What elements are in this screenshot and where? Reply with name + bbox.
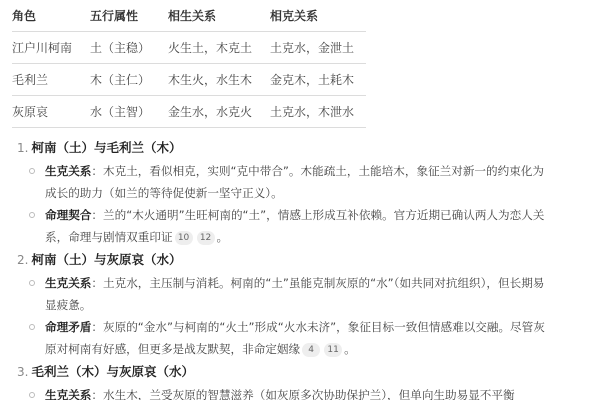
cell-overcoming: 土克水，金泄土 [270,32,366,64]
section-ran-haibara: 3. 毛利兰（木）与灰原哀（水） 生克关系：水生木，兰受灰原的智慧滋养（如灰原多… [0,360,600,400]
section-conan-ran: 1. 柯南（土）与毛利兰（木） 生克关系：木克土，看似相克，实则“克中带合”。木… [0,136,600,248]
five-elements-table: 角色 五行属性 相生关系 相克关系 江户川柯南 土（主稳） 火生土，木克土 土克… [12,0,366,128]
cell-role: 灰原哀 [12,96,90,128]
cell-generating: 木生火，水生木 [168,64,270,96]
column-header-element: 五行属性 [90,0,168,32]
table-header-row: 角色 五行属性 相生关系 相克关系 [12,0,366,32]
bullet-label: 命理契合 [45,208,91,222]
table-row: 毛利兰 木（主仁） 木生火，水生木 金克木，土耗木 [12,64,366,96]
cell-element: 土（主稳） [90,32,168,64]
citation-badge[interactable]: 10 [175,231,193,245]
section-title: 毛利兰（木）与灰原哀（水） [31,360,194,384]
citation-badge[interactable]: 4 [302,343,320,357]
relationship-sections: 1. 柯南（土）与毛利兰（木） 生克关系：木克土，看似相克，实则“克中带合”。木… [0,136,600,400]
list-item: 生克关系：水生木，兰受灰原的智慧滋养（如灰原多次协助保护兰），但单向生助易显不平… [0,384,555,400]
section-conan-haibara: 2. 柯南（土）与灰原哀（水） 生克关系：土克水，主压制与消耗。柯南的“土”虽能… [0,248,600,360]
column-header-role: 角色 [12,0,90,32]
section-number: 3. [17,360,28,384]
section-heading: 3. 毛利兰（木）与灰原哀（水） [0,360,600,384]
bullet-text: 木克土，看似相克，实则“克中带合”。木能疏土，土能培木，象征兰对新一的约束化为成… [45,164,544,200]
table-row: 江户川柯南 土（主稳） 火生土，木克土 土克水，金泄土 [12,32,366,64]
bullet-text: 灰原的“金水”与柯南的“火土”形成“火水未济”，象征目标一致但情感难以交融。尽管… [45,320,545,356]
section-number: 2. [17,248,28,272]
bullet-text: 兰的“木火通明”生旺柯南的“土”，情感上形成互补依赖。官方近期已确认两人为恋人关… [45,208,544,244]
cell-element: 木（主仁） [90,64,168,96]
citation-badge[interactable]: 11 [324,343,342,357]
bullet-text: 水生木，兰受灰原的智慧滋养（如灰原多次协助保护兰），但单向生助易显不平衡 [103,388,515,400]
section-title: 柯南（土）与灰原哀（水） [31,248,181,272]
bullet-label: 生克关系 [45,276,91,290]
list-item: 命理契合：兰的“木火通明”生旺柯南的“土”，情感上形成互补依赖。官方近期已确认两… [0,204,555,248]
bullet-label: 生克关系 [45,388,91,400]
table-row: 灰原哀 水（主智） 金生水，水克火 土克水，木泄水 [12,96,366,128]
cell-overcoming: 土克水，木泄水 [270,96,366,128]
section-number: 1. [17,136,28,160]
section-heading: 2. 柯南（土）与灰原哀（水） [0,248,600,272]
hollow-circle-bullet-icon [29,212,35,218]
list-item: 命理矛盾：灰原的“金水”与柯南的“火土”形成“火水未济”，象征目标一致但情感难以… [0,316,555,360]
list-item: 生克关系：木克土，看似相克，实则“克中带合”。木能疏土，土能培木，象征兰对新一的… [0,160,555,204]
cell-generating: 金生水，水克火 [168,96,270,128]
cell-overcoming: 金克木，土耗木 [270,64,366,96]
bullet-label: 生克关系 [45,164,91,178]
cell-generating: 火生土，木克土 [168,32,270,64]
section-heading: 1. 柯南（土）与毛利兰（木） [0,136,600,160]
list-item: 生克关系：土克水，主压制与消耗。柯南的“土”虽能克制灰原的“水”（如共同对抗组织… [0,272,555,316]
hollow-circle-bullet-icon [29,392,35,398]
bullet-label: 命理矛盾 [45,320,91,334]
cell-element: 水（主智） [90,96,168,128]
cell-role: 毛利兰 [12,64,90,96]
citation-badge[interactable]: 12 [197,231,215,245]
bullet-text: 土克水，主压制与消耗。柯南的“土”虽能克制灰原的“水”（如共同对抗组织），但长期… [45,276,544,312]
hollow-circle-bullet-icon [29,280,35,286]
cell-role: 江户川柯南 [12,32,90,64]
section-title: 柯南（土）与毛利兰（木） [31,136,181,160]
column-header-generating: 相生关系 [168,0,270,32]
hollow-circle-bullet-icon [29,168,35,174]
hollow-circle-bullet-icon [29,324,35,330]
column-header-overcoming: 相克关系 [270,0,366,32]
